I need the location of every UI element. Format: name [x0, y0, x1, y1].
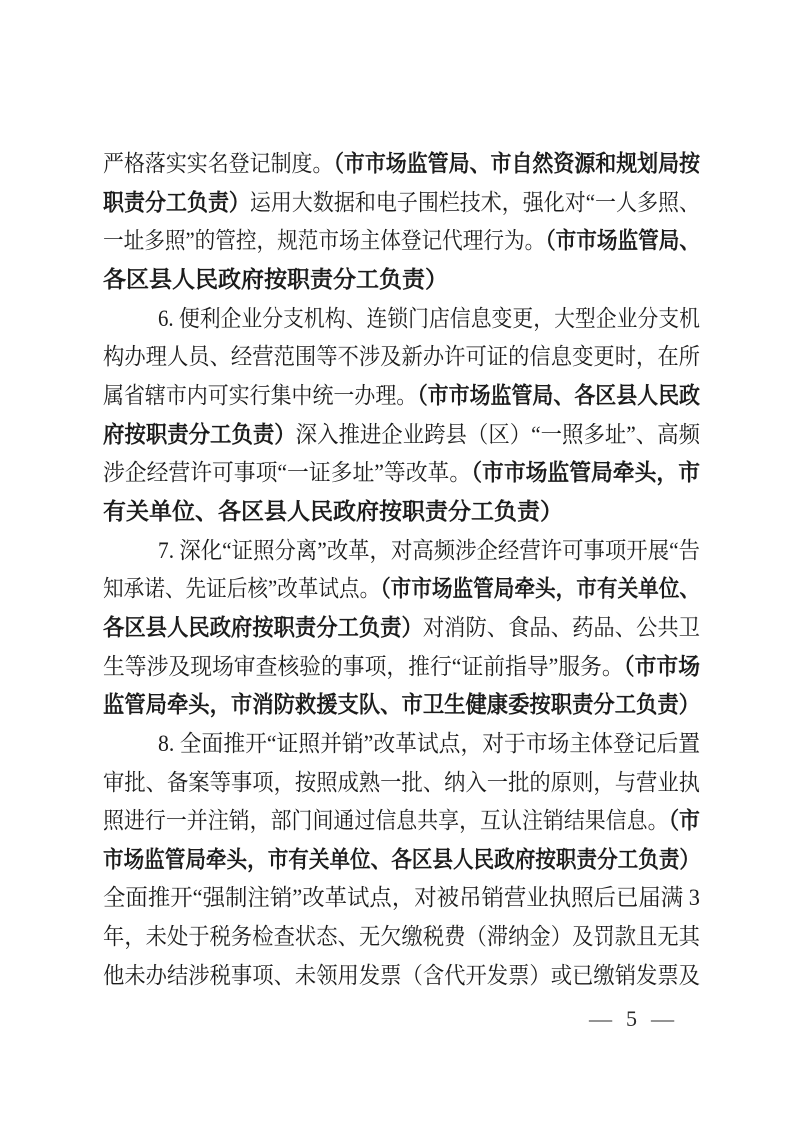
body-text-segment: 对消防、食品、药品、公共卫 [423, 615, 700, 640]
paragraph: 7. 深化“证照分离”改革，对高频涉企经营许可事项开展“告知承诺、先证后核”改革… [103, 532, 700, 725]
text-line: 8. 全面推开“证照并销”改革试点，对于市场主体登记后置 [103, 725, 700, 764]
text-line-content: 属省辖市内可实行集中统一办理。（市市场监管局、各区县人民政 [103, 377, 700, 416]
responsibility-clause: 监管局牵头，市消防救援支队、市卫生健康委按职责分工负责） [103, 692, 700, 717]
body-text-segment: 照进行一并注销，部门间通过信息共享，互认注销结果信息。 [103, 808, 669, 833]
body-text-segment: 8. 全面推开“证照并销”改革试点，对于市场主体登记后置 [158, 731, 700, 756]
body-text-segment: 7. 深化“证照分离”改革，对高频涉企经营许可事项开展“告 [158, 538, 700, 563]
responsibility-clause: 各区县人民政府按职责分工负责） [103, 615, 423, 640]
text-line-content: 严格落实实名登记制度。（市市场监管局、市自然资源和规划局按 [103, 145, 700, 184]
responsibility-clause: 市场监管局牵头，市有关单位、各区县人民政府按职责分工负责） [103, 847, 700, 872]
text-line-content: 年，未处于税务检查状态、无欠缴税费（滞纳金）及罚款且无其 [103, 918, 700, 957]
body-text-segment: 6. 便利企业分支机构、连锁门店信息变更，大型企业分支机 [158, 306, 700, 331]
text-line: 一址多照”的管控，规范市场主体登记代理行为。（市市场监管局、 [103, 222, 700, 261]
text-line: 属省辖市内可实行集中统一办理。（市市场监管局、各区县人民政 [103, 377, 700, 416]
text-line: 全面推开“强制注销”改革试点，对被吊销营业执照后已届满 3 [103, 879, 700, 918]
body-text-segment: 构办理人员、经营范围等不涉及新办许可证的信息变更时，在所 [103, 344, 700, 369]
text-line-content: 照进行一并注销，部门间通过信息共享，互认注销结果信息。（市 [103, 802, 700, 841]
responsibility-clause: （市市场监管局、市自然资源和规划局按 [333, 151, 700, 176]
page-number-dash-right: — [651, 1007, 674, 1032]
paragraph: 8. 全面推开“证照并销”改革试点，对于市场主体登记后置审批、备案等事项，按照成… [103, 725, 700, 996]
document-page: 严格落实实名登记制度。（市市场监管局、市自然资源和规划局按职责分工负责）运用大数… [0, 0, 793, 1122]
responsibility-clause: 府按职责分工负责） [103, 422, 296, 447]
body-text-segment: 年，未处于税务检查状态、无欠缴税费（滞纳金）及罚款且无其 [103, 924, 700, 949]
paragraph: 6. 便利企业分支机构、连锁门店信息变更，大型企业分支机构办理人员、经营范围等不… [103, 300, 700, 532]
text-line: 市场监管局牵头，市有关单位、各区县人民政府按职责分工负责） [103, 841, 700, 880]
text-line-content: 一址多照”的管控，规范市场主体登记代理行为。（市市场监管局、 [103, 222, 700, 261]
body-text-segment: 他未办结涉税事项、未领用发票（含代开发票）或已缴销发票及 [103, 963, 700, 988]
responsibility-clause: （市市场 [624, 654, 700, 679]
text-line-content: 7. 深化“证照分离”改革，对高频涉企经营许可事项开展“告 [158, 532, 700, 571]
responsibility-clause: （市市场监管局牵头，市 [471, 460, 700, 485]
text-line: 有关单位、各区县人民政府按职责分工负责） [103, 493, 700, 532]
text-line: 照进行一并注销，部门间通过信息共享，互认注销结果信息。（市 [103, 802, 700, 841]
text-line: 知承诺、先证后核”改革试点。（市市场监管局牵头，市有关单位、 [103, 570, 700, 609]
responsibility-clause: 各区县人民政府按职责分工负责） [103, 267, 448, 292]
text-line-content: 各区县人民政府按职责分工负责）对消防、食品、药品、公共卫 [103, 609, 700, 648]
text-line-content: 审批、备案等事项，按照成熟一批、纳入一批的原则，与营业执 [103, 764, 700, 803]
responsibility-clause: （市 [669, 808, 700, 833]
text-line: 生等涉及现场审查核验的事项，推行“证前指导”服务。（市市场 [103, 648, 700, 687]
body-text-segment: 生等涉及现场审查核验的事项，推行“证前指导”服务。 [103, 654, 624, 679]
body-text-segment: 属省辖市内可实行集中统一办理。 [103, 383, 417, 408]
body-text-segment: 知承诺、先证后核”改革试点。 [103, 576, 380, 601]
text-line-content: 构办理人员、经营范围等不涉及新办许可证的信息变更时，在所 [103, 338, 700, 377]
text-line: 审批、备案等事项，按照成熟一批、纳入一批的原则，与营业执 [103, 764, 700, 803]
text-line-content: 各区县人民政府按职责分工负责） [103, 261, 448, 300]
text-line: 严格落实实名登记制度。（市市场监管局、市自然资源和规划局按 [103, 145, 700, 184]
body-text-segment: 审批、备案等事项，按照成熟一批、纳入一批的原则，与营业执 [103, 770, 700, 795]
text-line: 职责分工负责）运用大数据和电子围栏技术，强化对“一人多照、 [103, 184, 700, 223]
text-line-content: 6. 便利企业分支机构、连锁门店信息变更，大型企业分支机 [158, 300, 700, 339]
body-text-segment: 涉企经营许可事项“一证多址”等改革。 [103, 460, 471, 485]
text-line-content: 全面推开“强制注销”改革试点，对被吊销营业执照后已届满 3 [103, 879, 700, 918]
text-line-content: 8. 全面推开“证照并销”改革试点，对于市场主体登记后置 [158, 725, 700, 764]
text-line: 各区县人民政府按职责分工负责） [103, 261, 700, 300]
page-number: — 5 — [590, 1006, 673, 1032]
body-text-segment: 一址多照”的管控，规范市场主体登记代理行为。 [103, 228, 545, 253]
text-line-content: 监管局牵头，市消防救援支队、市卫生健康委按职责分工负责） [103, 686, 700, 725]
text-line: 涉企经营许可事项“一证多址”等改革。（市市场监管局牵头，市 [103, 454, 700, 493]
text-line: 7. 深化“证照分离”改革，对高频涉企经营许可事项开展“告 [103, 532, 700, 571]
body-text-segment: 全面推开“强制注销”改革试点，对被吊销营业执照后已届满 3 [103, 885, 700, 910]
text-line: 各区县人民政府按职责分工负责）对消防、食品、药品、公共卫 [103, 609, 700, 648]
text-line-content: 有关单位、各区县人民政府按职责分工负责） [103, 493, 563, 532]
responsibility-clause: （市市场监管局、 [545, 228, 700, 253]
text-line: 6. 便利企业分支机构、连锁门店信息变更，大型企业分支机 [103, 300, 700, 339]
responsibility-clause: 有关单位、各区县人民政府按职责分工负责） [103, 499, 563, 524]
text-line: 构办理人员、经营范围等不涉及新办许可证的信息变更时，在所 [103, 338, 700, 377]
text-line-content: 他未办结涉税事项、未领用发票（含代开发票）或已缴销发票及 [103, 957, 700, 996]
text-line: 监管局牵头，市消防救援支队、市卫生健康委按职责分工负责） [103, 686, 700, 725]
text-line-content: 府按职责分工负责）深入推进企业跨县（区）“一照多址”、高频 [103, 416, 700, 455]
text-line-content: 涉企经营许可事项“一证多址”等改革。（市市场监管局牵头，市 [103, 454, 700, 493]
text-line: 府按职责分工负责）深入推进企业跨县（区）“一照多址”、高频 [103, 416, 700, 455]
text-line-content: 职责分工负责）运用大数据和电子围栏技术，强化对“一人多照、 [103, 184, 700, 223]
body-text-segment: 运用大数据和电子围栏技术，强化对“一人多照、 [250, 190, 700, 215]
text-line: 他未办结涉税事项、未领用发票（含代开发票）或已缴销发票及 [103, 957, 700, 996]
text-line-content: 知承诺、先证后核”改革试点。（市市场监管局牵头，市有关单位、 [103, 570, 700, 609]
responsibility-clause: （市市场监管局牵头，市有关单位、 [380, 576, 700, 601]
body-text-segment: 严格落实实名登记制度。 [103, 151, 333, 176]
body-text: 严格落实实名登记制度。（市市场监管局、市自然资源和规划局按职责分工负责）运用大数… [103, 145, 700, 995]
responsibility-clause: （市市场监管局、各区县人民政 [417, 383, 700, 408]
page-number-value: 5 [626, 1006, 637, 1032]
responsibility-clause: 职责分工负责） [103, 190, 250, 215]
body-text-segment: 深入推进企业跨县（区）“一照多址”、高频 [296, 422, 700, 447]
page-number-dash-left: — [589, 1007, 612, 1032]
text-line-content: 市场监管局牵头，市有关单位、各区县人民政府按职责分工负责） [103, 841, 700, 880]
text-line: 年，未处于税务检查状态、无欠缴税费（滞纳金）及罚款且无其 [103, 918, 700, 957]
text-line-content: 生等涉及现场审查核验的事项，推行“证前指导”服务。（市市场 [103, 648, 700, 687]
paragraph: 严格落实实名登记制度。（市市场监管局、市自然资源和规划局按职责分工负责）运用大数… [103, 145, 700, 300]
